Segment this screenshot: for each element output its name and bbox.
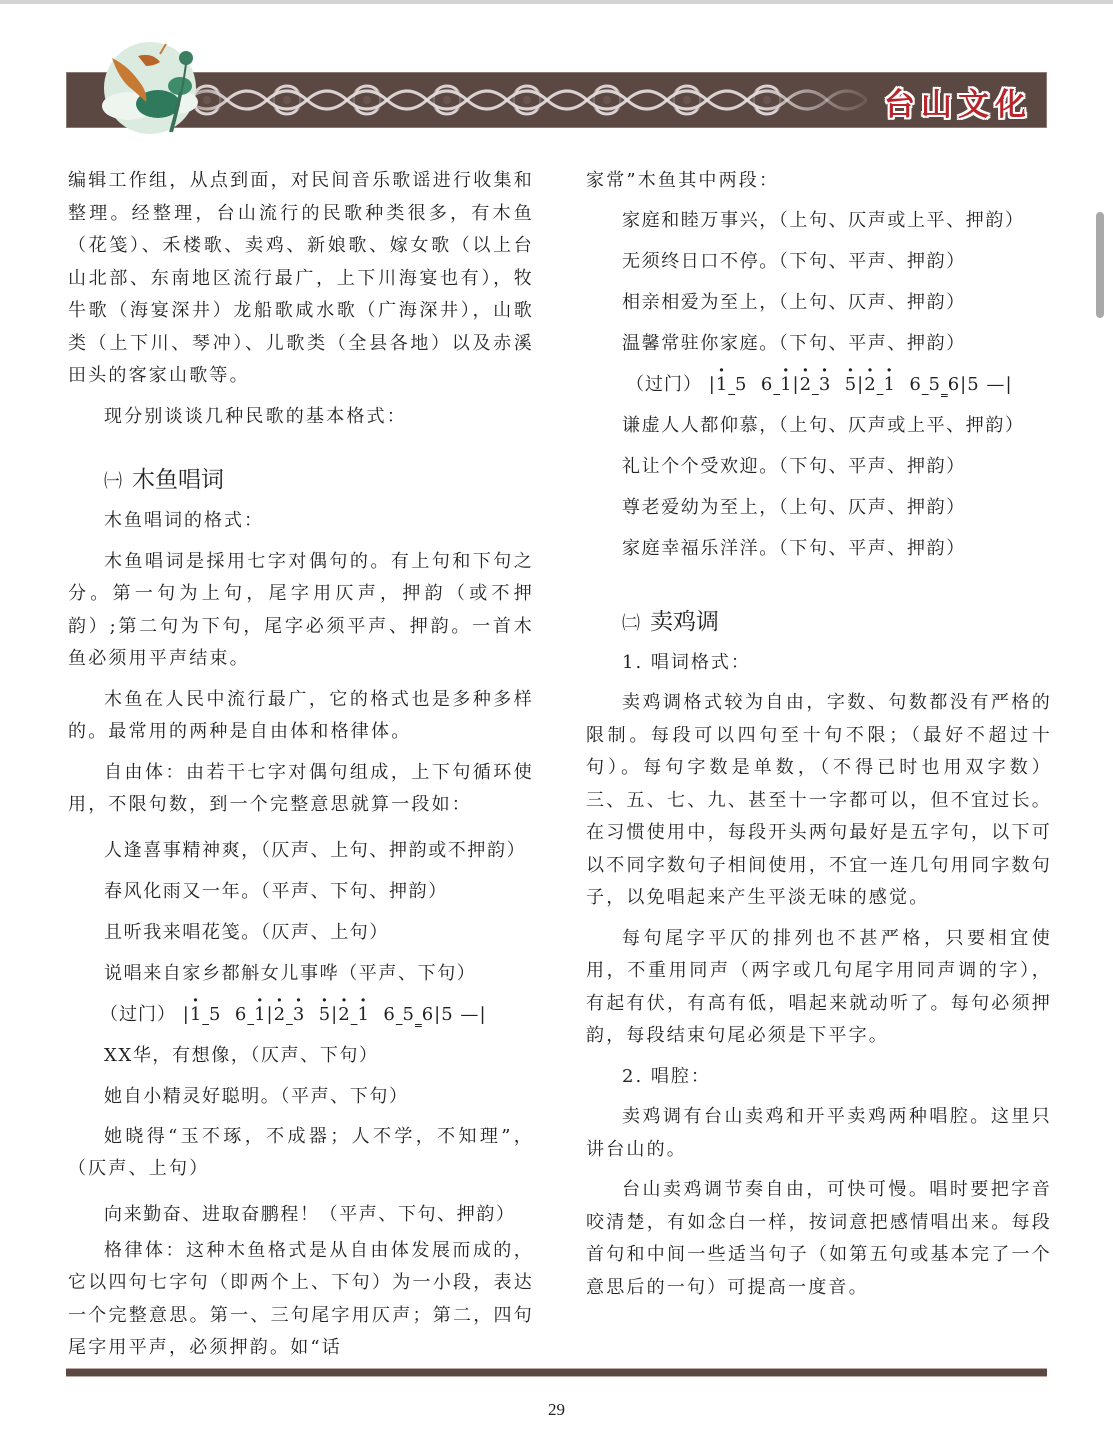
section-number: ㈡ bbox=[622, 613, 640, 634]
note: 3 bbox=[293, 994, 305, 1035]
barline: | bbox=[793, 374, 800, 395]
note: 2 bbox=[800, 364, 812, 405]
note: 3 bbox=[819, 364, 831, 405]
paragraph: 台山卖鸡调节奏自由，可快可慢。唱时要把字音咬清楚，有如念白一样，按词意把感情唱出… bbox=[586, 1174, 1052, 1304]
verse-line: 温馨常驻你家庭。（下句、平声、押韵） bbox=[586, 323, 1052, 364]
barline: | bbox=[183, 1004, 190, 1025]
paragraph: 木鱼唱词是採用七字对偶句的。有上句和下句之分。第一句为上句，尾字用仄声，押韵（或… bbox=[68, 546, 534, 676]
note: 5 — bbox=[967, 374, 1005, 395]
note: 6 bbox=[383, 994, 395, 1035]
paragraph: 卖鸡调格式较为自由，字数、句数都没有严格的限制。每段可以四句至十句不限；（最好不… bbox=[586, 687, 1052, 915]
note: 5 — bbox=[441, 1004, 479, 1025]
verse-line: 尊老爱幼为至上，（上句、仄声、押韵） bbox=[586, 487, 1052, 528]
note: 2 bbox=[274, 994, 286, 1035]
subheading: 2. 唱腔： bbox=[586, 1061, 1052, 1094]
note: 2 bbox=[864, 364, 876, 405]
verse-line: 家庭幸福乐洋洋。（下句、平声、押韵） bbox=[586, 528, 1052, 569]
section-title: 卖鸡调 bbox=[650, 609, 719, 635]
section-heading-maiji: ㈡卖鸡调 bbox=[586, 605, 1052, 641]
paragraph: 每句尾字平仄的排列也不甚严格，只要相宜使用，不重用同声（两字或几句尾字用同声调的… bbox=[586, 923, 1052, 1053]
barline: | bbox=[709, 374, 716, 395]
interlude-label: （过门） bbox=[626, 374, 702, 395]
banner-title: 台山文化 bbox=[884, 79, 1032, 124]
paragraph: 格律体：这种木鱼格式是从自由体发展而成的，它以四句七字句（即两个上、下句）为一小… bbox=[68, 1235, 534, 1365]
note: 1 bbox=[254, 994, 266, 1035]
verse-line: 人逢喜事精神爽，（仄声、上句、押韵或不押韵） bbox=[68, 830, 534, 871]
verse-line: 她自小精灵好聪明。（平声、下句） bbox=[68, 1076, 534, 1117]
verse-line: 家庭和睦万事兴，（上句、仄声或上平、押韵） bbox=[586, 200, 1052, 241]
note: 1 bbox=[883, 364, 895, 405]
viewer-top-border bbox=[0, 0, 1113, 4]
note: 6 bbox=[422, 994, 434, 1035]
paragraph: 卖鸡调有台山卖鸡和开平卖鸡两种唱腔。这里只讲台山的。 bbox=[586, 1101, 1052, 1166]
verse-line: 礼让个个受欢迎。（下句、平声、押韵） bbox=[586, 446, 1052, 487]
section-number: ㈠ bbox=[104, 471, 122, 492]
section-title: 木鱼唱词 bbox=[132, 467, 224, 493]
note: 6 bbox=[909, 364, 921, 405]
barline: | bbox=[1005, 374, 1012, 395]
verse-line: 相亲相爱为至上，（上句、仄声、押韵） bbox=[586, 282, 1052, 323]
note: 5 bbox=[319, 994, 331, 1035]
note: 6 bbox=[761, 364, 773, 405]
note: 5 bbox=[929, 364, 941, 405]
note: 1 bbox=[780, 364, 792, 405]
intro-paragraph: 编辑工作组，从点到面，对民间音乐歌谣进行收集和整理。经整理，台山流行的民歌种类很… bbox=[68, 165, 534, 393]
note: 6 bbox=[948, 364, 960, 405]
music-notation-interlude: （过门） |1 5 6 1|2 3 5|2 1 6 5 6|5 —| bbox=[68, 994, 534, 1035]
floral-pattern-decoration bbox=[147, 77, 867, 123]
footer-divider bbox=[66, 1368, 1047, 1377]
note: 1 bbox=[716, 364, 728, 405]
page-number: 29 bbox=[0, 1400, 1113, 1420]
barline: | bbox=[267, 1004, 274, 1025]
barline: | bbox=[479, 1004, 486, 1025]
koi-fish-lotus-icon bbox=[98, 36, 206, 136]
note: 2 bbox=[338, 994, 350, 1035]
note: 1 bbox=[357, 994, 369, 1035]
continuation-paragraph: 家常”木鱼其中两段： bbox=[586, 165, 1052, 198]
verse-line: 春风化雨又一年。（平声、下句、押韵） bbox=[68, 871, 534, 912]
verse-line: 谦虚人人都仰慕，（上句、仄声或上平、押韵） bbox=[586, 405, 1052, 446]
note: 5 bbox=[209, 994, 221, 1035]
paragraph: 她晓得“玉不琢，不成器；人不学，不知理”，（仄声、上句） bbox=[68, 1121, 534, 1186]
note: 5 bbox=[845, 364, 857, 405]
note: 6 bbox=[235, 994, 247, 1035]
verse-line: 无须终日口不停。（下句、平声、押韵） bbox=[586, 241, 1052, 282]
paragraph: 木鱼在人民中流行最广，它的格式也是多种多样的。最常用的两种是自由体和格律体。 bbox=[68, 684, 534, 749]
verse-line: 且听我来唱花笺。（仄声、上句） bbox=[68, 912, 534, 953]
section-heading-muyu: ㈠木鱼唱词 bbox=[68, 463, 534, 499]
lead-in-paragraph: 现分别谈谈几种民歌的基本格式： bbox=[68, 401, 534, 434]
left-column: 编辑工作组，从点到面，对民间音乐歌谣进行收集和整理。经整理，台山流行的民歌种类很… bbox=[68, 165, 534, 1373]
verse-line: XX华，有想像，（仄声、下句） bbox=[68, 1035, 534, 1076]
subheading: 1. 唱词格式： bbox=[586, 647, 1052, 680]
vertical-scrollbar[interactable] bbox=[1096, 212, 1104, 318]
header-banner: 台山文化 bbox=[66, 72, 1047, 128]
note: 5 bbox=[735, 364, 747, 405]
verse-line: 向来勤奋、进取奋鹏程！（平声、下句、押韵） bbox=[68, 1194, 534, 1235]
music-notation-interlude: （过门） |1 5 6 1|2 3 5|2 1 6 5 6|5 —| bbox=[586, 364, 1052, 405]
format-label: 木鱼唱词的格式： bbox=[68, 505, 534, 538]
note: 5 bbox=[403, 994, 415, 1035]
paragraph: 自由体：由若干七字对偶句组成，上下句循环使用，不限句数，到一个完整意思就算一段如… bbox=[68, 757, 534, 822]
note: 1 bbox=[190, 994, 202, 1035]
interlude-label: （过门） bbox=[100, 1004, 176, 1025]
right-column: 家常”木鱼其中两段： 家庭和睦万事兴，（上句、仄声或上平、押韵） 无须终日口不停… bbox=[586, 165, 1052, 1312]
